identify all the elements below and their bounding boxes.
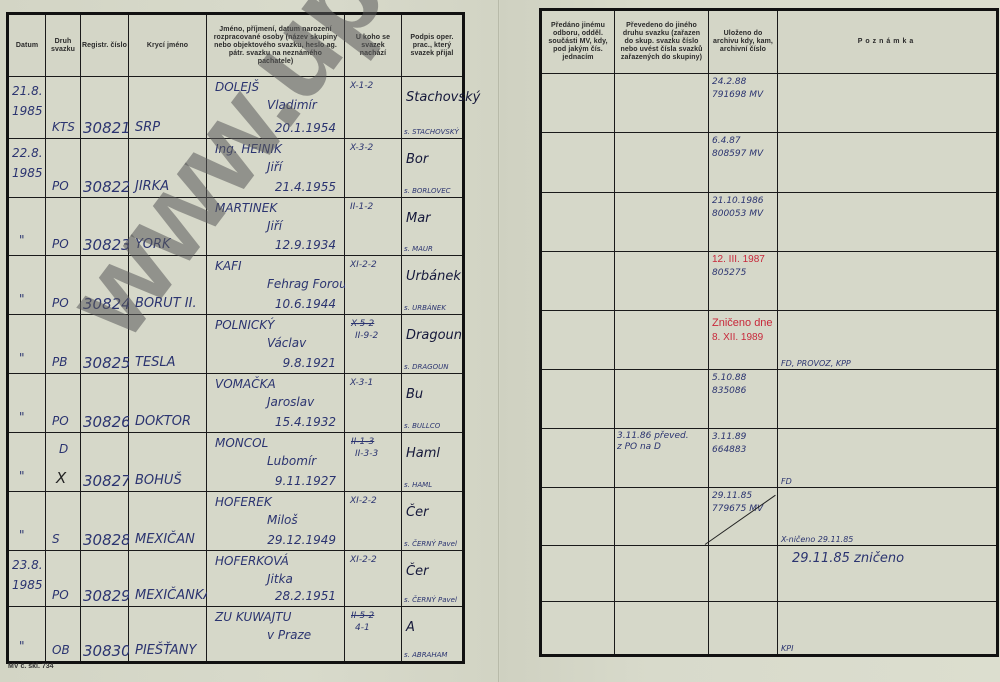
- register-row: 5.10.88 835086: [541, 370, 998, 429]
- druh-value: OB: [52, 644, 70, 657]
- cell-poznamka: X-ničeno 29.11.85: [778, 488, 998, 546]
- registr-value: 30825: [83, 357, 131, 370]
- signature: Haml: [406, 447, 440, 460]
- cell-u-koho: II-5-24-1: [345, 607, 402, 663]
- cell-predano: [541, 252, 615, 311]
- cell-poznamka: FD, PROVOZ, KPP: [778, 311, 998, 370]
- registr-value: 30827: [83, 475, 131, 488]
- cell-druh: PB: [46, 315, 81, 374]
- register-row: 12. III. 1987 805275: [541, 252, 998, 311]
- cell-podpis: Mar s. MAUR: [402, 198, 464, 256]
- narozen-value: 15.4.1932: [275, 416, 336, 429]
- datum-value: ": [19, 470, 25, 483]
- signature-label: s. MAUR: [404, 245, 433, 253]
- cell-ulozeno: [709, 546, 778, 602]
- cell-u-koho: II-1-2: [345, 198, 402, 256]
- destroyed-stamp-date: 8. XII. 1989: [712, 331, 763, 344]
- cell-poznamka: [778, 252, 998, 311]
- registr-value: 30822: [83, 181, 131, 194]
- header-poznamka: Poznámka: [778, 10, 998, 74]
- cell-datum: ": [8, 315, 46, 374]
- cell-prevedeno: [615, 370, 709, 429]
- register-row: " DX 30827 BOHUŠ MONCOL Lubomír 9.11.192…: [8, 433, 464, 492]
- kryci-jmeno-value: SRP: [135, 121, 160, 134]
- prijmeni-value: KAFI: [215, 260, 242, 273]
- prijmeni-value: POLNICKÝ: [215, 319, 274, 332]
- signature: Dragoun: [406, 329, 462, 342]
- narozen-value: 20.1.1954: [275, 122, 336, 135]
- datum-value: ": [19, 529, 25, 542]
- cell-kryci-jmeno: BOHUŠ: [129, 433, 207, 492]
- signature: Mar: [406, 212, 431, 225]
- form-code: MV č. skl. 734: [8, 663, 54, 670]
- cell-druh: OB: [46, 607, 81, 663]
- cell-u-koho: X-5-2II-9-2: [345, 315, 402, 374]
- cell-prevedeno: [615, 546, 709, 602]
- cell-predano: [541, 133, 615, 193]
- register-table-right: Předáno jinému odboru, odděl. součásti M…: [539, 8, 999, 657]
- cell-datum: 21.8. 1985: [8, 77, 46, 139]
- cell-ulozeno: [709, 602, 778, 656]
- prijmeni-value: Ing. HEINIK: [215, 143, 282, 156]
- cell-poznamka: KPI: [778, 602, 998, 656]
- cell-podpis: Dragoun s. DRAGOUN: [402, 315, 464, 374]
- cell-predano: [541, 311, 615, 370]
- cell-kryci-jmeno: PIEŠŤANY: [129, 607, 207, 663]
- cell-prevedeno: [615, 602, 709, 656]
- krestni-value: Miloš: [267, 514, 298, 527]
- archive-date: 3.11.89: [712, 432, 746, 442]
- krestni-value: Fehrag Foroud: [267, 278, 354, 291]
- register-row: " PO 30826 DOKTOR VOMAČKA Jaroslav 15.4.…: [8, 374, 464, 433]
- cell-prevedeno: [615, 74, 709, 133]
- krestni-value: Václav: [267, 337, 306, 350]
- cell-podpis: A s. ABRAHAM: [402, 607, 464, 663]
- cell-poznamka: 29.11.85 zničeno: [778, 546, 998, 602]
- narozen-value: 21.4.1955: [275, 181, 336, 194]
- prevedeno-line2: z PO na D: [617, 442, 661, 452]
- archive-date: 21.10.1986: [712, 196, 764, 206]
- kryci-jmeno-value: TESLA: [135, 356, 176, 369]
- cell-prevedeno: [615, 488, 709, 546]
- kryci-jmeno-value: BORUT II.: [135, 297, 197, 310]
- archive-number: 835086: [712, 386, 746, 396]
- prijmeni-value: ZU KUWAJTU: [215, 611, 291, 624]
- cell-podpis: Bu s. BULLCO: [402, 374, 464, 433]
- cell-predano: [541, 193, 615, 252]
- kryci-jmeno-value: DOKTOR: [135, 415, 191, 428]
- u-koho-value: XI-2-2: [350, 496, 377, 506]
- poznamka-note: KPI: [781, 645, 793, 653]
- signature: Stachovský: [406, 91, 480, 104]
- prijmeni-value: HOFEREK: [215, 496, 272, 509]
- cell-predano: [541, 74, 615, 133]
- u-koho-value: 4-1: [355, 623, 370, 633]
- register-row: " OB 30830 PIEŠŤANY ZU KUWAJTU v Praze I…: [8, 607, 464, 663]
- archive-number: 800053 MV: [712, 209, 763, 219]
- cell-podpis: Bor s. BORLOVEC: [402, 139, 464, 198]
- druh-value: KTS: [52, 121, 75, 134]
- narozen-value: 29.12.1949: [267, 534, 336, 547]
- archive-number: 791698 MV: [712, 90, 763, 100]
- cell-jmeno: DOLEJŠ Vladimír 20.1.1954: [207, 77, 345, 139]
- kryci-jmeno-value: MEXIČANKA: [135, 589, 212, 602]
- cell-druh: PO: [46, 139, 81, 198]
- cell-jmeno: MONCOL Lubomír 9.11.1927: [207, 433, 345, 492]
- cell-registr: 30827: [81, 433, 129, 492]
- cell-predano: [541, 602, 615, 656]
- prijmeni-value: DOLEJŠ: [215, 81, 259, 94]
- header-prevedeno: Převedeno do jiného druhu svazku (zařaze…: [615, 10, 709, 74]
- druh-value: PO: [52, 589, 69, 602]
- krestni-value: Jaroslav: [267, 396, 314, 409]
- cell-jmeno: HOFERKOVÁ Jitka 28.2.1951: [207, 551, 345, 607]
- archive-number: 808597 MV: [712, 149, 763, 159]
- cell-druh: KTS: [46, 77, 81, 139]
- cell-u-koho: II-1-3II-3-3: [345, 433, 402, 492]
- register-row: 21.10.1986 800053 MV: [541, 193, 998, 252]
- cell-predano: [541, 429, 615, 488]
- cell-registr: 30830: [81, 607, 129, 663]
- cell-registr: 30826: [81, 374, 129, 433]
- u-koho-value: X-3-2: [350, 143, 373, 153]
- signature: Bu: [406, 388, 423, 401]
- cell-datum: ": [8, 374, 46, 433]
- header-ulozeno: Uloženo do archivu kdy, kam, archivní čí…: [709, 10, 778, 74]
- u-koho-value: II-3-3: [355, 449, 378, 459]
- archive-date: 24.2.88: [712, 77, 746, 87]
- cell-druh: S: [46, 492, 81, 551]
- header-row: Datum Druh svazku Registr. číslo Krycí j…: [8, 14, 464, 77]
- cell-registr: 30829: [81, 551, 129, 607]
- cell-ulozeno: 12. III. 1987 805275: [709, 252, 778, 311]
- signature: Čer: [406, 506, 428, 519]
- krestni-value: Jiří: [267, 220, 282, 233]
- register-row: 21.8. 1985 KTS 30821 SRP DOLEJŠ Vladimír…: [8, 77, 464, 139]
- cell-prevedeno: [615, 133, 709, 193]
- header-jmeno-prijmeni: Jméno, příjmení, datum narození rozpraco…: [207, 14, 345, 77]
- cell-jmeno: MARTINEK Jiří 12.9.1934: [207, 198, 345, 256]
- cell-registr: 30828: [81, 492, 129, 551]
- datum-value: ": [19, 352, 25, 365]
- registr-value: 30824: [83, 298, 131, 311]
- cell-kryci-jmeno: YORK: [129, 198, 207, 256]
- header-row: Předáno jinému odboru, odděl. součásti M…: [541, 10, 998, 74]
- cell-poznamka: [778, 74, 998, 133]
- krestni-value: Jitka: [267, 573, 293, 586]
- druh-value: S: [52, 533, 60, 546]
- u-koho-old-value: II-5-2: [351, 611, 374, 621]
- datum-value: ": [19, 234, 25, 247]
- archive-date: 6.4.87: [712, 136, 741, 146]
- krestni-value: Lubomír: [267, 455, 316, 468]
- archive-date-stamp: 12. III. 1987: [712, 255, 765, 265]
- header-registr-cislo: Registr. číslo: [81, 14, 129, 77]
- signature-label: s. ČERNÝ Pavel: [404, 596, 457, 604]
- signature-label: s. ABRAHAM: [404, 651, 447, 659]
- poznamka-note: FD, PROVOZ, KPP: [781, 360, 851, 368]
- cell-prevedeno: [615, 252, 709, 311]
- header-datum: Datum: [8, 14, 46, 77]
- destroyed-stamp-label: Zničeno dne: [712, 317, 773, 330]
- datum-value: ": [19, 411, 25, 424]
- registr-value: 30823: [83, 239, 131, 252]
- cell-druh: PO: [46, 374, 81, 433]
- prijmeni-value: MONCOL: [215, 437, 268, 450]
- cell-datum: ": [8, 492, 46, 551]
- narozen-value: 28.2.1951: [275, 590, 336, 603]
- signature-label: s. DRAGOUN: [404, 363, 448, 371]
- register-row: Zničeno dne8. XII. 1989 FD, PROVOZ, KPP: [541, 311, 998, 370]
- cell-ulozeno: 6.4.87 808597 MV: [709, 133, 778, 193]
- register-row: 22.8. 1985 PO 30822 JIRKA Ing. HEINIK Ji…: [8, 139, 464, 198]
- cell-poznamka: [778, 193, 998, 252]
- cell-podpis: Urbánek s. URBÁNEK: [402, 256, 464, 315]
- cell-u-koho: X-3-1: [345, 374, 402, 433]
- u-koho-value: XI-2-2: [350, 260, 377, 270]
- cell-u-koho: XI-2-2: [345, 492, 402, 551]
- cell-kryci-jmeno: JIRKA: [129, 139, 207, 198]
- signature-label: s. ČERNÝ Pavel: [404, 540, 457, 548]
- register-row: KPI: [541, 602, 998, 656]
- cell-druh: PO: [46, 256, 81, 315]
- cell-kryci-jmeno: MEXIČAN: [129, 492, 207, 551]
- narozen-value: 10.6.1944: [275, 298, 336, 311]
- kryci-jmeno-value: MEXIČAN: [135, 533, 195, 546]
- cell-ulozeno: Zničeno dne8. XII. 1989: [709, 311, 778, 370]
- cell-jmeno: HOFEREK Miloš 29.12.1949: [207, 492, 345, 551]
- druh-new-value: D: [59, 443, 68, 456]
- cell-poznamka: FD: [778, 429, 998, 488]
- signature: Čer: [406, 565, 428, 578]
- registr-value: 30821: [83, 122, 131, 135]
- prevedeno-line1: 3.11.86 převed.: [617, 431, 689, 441]
- header-podpis: Podpis oper. prac., který svazek přijal: [402, 14, 464, 77]
- cell-podpis: Stachovský s. STACHOVSKÝ: [402, 77, 464, 139]
- prijmeni-value: HOFERKOVÁ: [215, 555, 289, 568]
- kryci-jmeno-value: PIEŠŤANY: [135, 644, 196, 657]
- cell-druh: PO: [46, 551, 81, 607]
- cell-kryci-jmeno: BORUT II.: [129, 256, 207, 315]
- archive-date: 5.10.88: [712, 373, 746, 383]
- header-u-koho: U koho se svazek nachází: [345, 14, 402, 77]
- archive-date: 29.11.85: [712, 491, 752, 501]
- registr-value: 30828: [83, 534, 131, 547]
- signature-label: s. URBÁNEK: [404, 304, 446, 312]
- cell-ulozeno: 21.10.1986 800053 MV: [709, 193, 778, 252]
- druh-value: PB: [52, 356, 67, 369]
- cell-datum: ": [8, 607, 46, 663]
- cell-u-koho: XI-2-2: [345, 551, 402, 607]
- cell-jmeno: ZU KUWAJTU v Praze: [207, 607, 345, 663]
- signature-label: s. HAML: [404, 481, 432, 489]
- u-koho-value: II-9-2: [355, 331, 378, 341]
- cell-registr: 30821: [81, 77, 129, 139]
- cell-jmeno: VOMAČKA Jaroslav 15.4.1932: [207, 374, 345, 433]
- druh-value: PO: [52, 415, 69, 428]
- cell-u-koho: X-1-2: [345, 77, 402, 139]
- register-row: " PB 30825 TESLA POLNICKÝ Václav 9.8.192…: [8, 315, 464, 374]
- book-spine: [498, 0, 499, 682]
- register-table-left: Datum Druh svazku Registr. číslo Krycí j…: [6, 12, 465, 664]
- u-koho-old-value: X-5-2: [351, 319, 374, 329]
- poznamka-note: FD: [781, 478, 792, 486]
- datum-value: ": [19, 293, 25, 306]
- registr-value: 30829: [83, 590, 131, 603]
- cell-registr: 30822: [81, 139, 129, 198]
- datum-value: 22.8. 1985: [12, 143, 42, 183]
- cell-prevedeno: [615, 193, 709, 252]
- cell-datum: 22.8. 1985: [8, 139, 46, 198]
- cell-datum: ": [8, 433, 46, 492]
- cell-registr: 30823: [81, 198, 129, 256]
- cell-jmeno: KAFI Fehrag Foroud 10.6.1944: [207, 256, 345, 315]
- druh-value: PO: [52, 180, 69, 193]
- registr-value: 30830: [83, 645, 131, 658]
- poznamka-note: X-ničeno 29.11.85: [781, 536, 853, 544]
- cell-prevedeno: [615, 311, 709, 370]
- cell-ulozeno: 5.10.88 835086: [709, 370, 778, 429]
- header-druh-svazku: Druh svazku: [46, 14, 81, 77]
- signature: A: [406, 621, 415, 634]
- druh-value: PO: [52, 297, 69, 310]
- cell-u-koho: X-3-2: [345, 139, 402, 198]
- kryci-jmeno-value: YORK: [135, 238, 171, 251]
- signature: Urbánek: [406, 270, 461, 283]
- cell-prevedeno: 3.11.86 převed.z PO na D: [615, 429, 709, 488]
- archive-number: 664883: [712, 445, 746, 455]
- register-row: " PO 30823 YORK MARTINEK Jiří 12.9.1934 …: [8, 198, 464, 256]
- cell-druh: PO: [46, 198, 81, 256]
- cell-kryci-jmeno: DOKTOR: [129, 374, 207, 433]
- cell-ulozeno: 24.2.88 791698 MV: [709, 74, 778, 133]
- cell-kryci-jmeno: SRP: [129, 77, 207, 139]
- signature-label: s. BORLOVEC: [404, 187, 451, 195]
- cell-kryci-jmeno: TESLA: [129, 315, 207, 374]
- poznamka-value: 29.11.85 zničeno: [792, 552, 904, 565]
- prijmeni-value: MARTINEK: [215, 202, 277, 215]
- cell-registr: 30824: [81, 256, 129, 315]
- krestni-value: Vladimír: [267, 99, 317, 112]
- cell-podpis: Čer s. ČERNÝ Pavel: [402, 551, 464, 607]
- kryci-jmeno-value: BOHUŠ: [135, 474, 182, 487]
- cell-predano: [541, 370, 615, 429]
- u-koho-value: II-1-2: [350, 202, 373, 212]
- u-koho-value: X-1-2: [350, 81, 373, 91]
- register-row: 29.11.85 zničeno: [541, 546, 998, 602]
- narozen-value: 9.8.1921: [283, 357, 336, 370]
- krestni-value: v Praze: [267, 629, 311, 642]
- u-koho-old-value: II-1-3: [351, 437, 374, 447]
- cell-datum: ": [8, 256, 46, 315]
- header-predano: Předáno jinému odboru, odděl. součásti M…: [541, 10, 615, 74]
- register-row: 29.11.85 779675 MV X-ničeno 29.11.85: [541, 488, 998, 546]
- signature-label: s. BULLCO: [404, 422, 440, 430]
- cell-kryci-jmeno: MEXIČANKA: [129, 551, 207, 607]
- u-koho-value: X-3-1: [350, 378, 373, 388]
- header-kryci-jmeno: Krycí jméno: [129, 14, 207, 77]
- datum-value: 23.8. 1985: [12, 555, 42, 595]
- cell-u-koho: XI-2-2: [345, 256, 402, 315]
- register-row: 6.4.87 808597 MV: [541, 133, 998, 193]
- datum-value: ": [19, 640, 25, 653]
- register-row: " PO 30824 BORUT II. KAFI Fehrag Foroud …: [8, 256, 464, 315]
- cell-ulozeno: 3.11.89 664883: [709, 429, 778, 488]
- cell-podpis: Čer s. ČERNÝ Pavel: [402, 492, 464, 551]
- archive-number: 805275: [712, 268, 746, 278]
- datum-value: 21.8. 1985: [12, 81, 42, 121]
- signature: Bor: [406, 153, 428, 166]
- register-row: 23.8. 1985 PO 30829 MEXIČANKA HOFERKOVÁ …: [8, 551, 464, 607]
- cell-poznamka: [778, 370, 998, 429]
- cell-podpis: Haml s. HAML: [402, 433, 464, 492]
- druh-crossed-value: X: [56, 472, 66, 485]
- prijmeni-value: VOMAČKA: [215, 378, 276, 391]
- cell-druh: DX: [46, 433, 81, 492]
- cell-jmeno: Ing. HEINIK Jiří 21.4.1955: [207, 139, 345, 198]
- register-row: 24.2.88 791698 MV: [541, 74, 998, 133]
- cell-jmeno: POLNICKÝ Václav 9.8.1921: [207, 315, 345, 374]
- cell-poznamka: [778, 133, 998, 193]
- druh-value: PO: [52, 238, 69, 251]
- cell-datum: 23.8. 1985: [8, 551, 46, 607]
- narozen-value: 12.9.1934: [275, 239, 336, 252]
- cell-predano: [541, 546, 615, 602]
- register-row: " S 30828 MEXIČAN HOFEREK Miloš 29.12.19…: [8, 492, 464, 551]
- register-row: 3.11.86 převed.z PO na D 3.11.89 664883 …: [541, 429, 998, 488]
- cell-datum: ": [8, 198, 46, 256]
- cell-registr: 30825: [81, 315, 129, 374]
- u-koho-value: XI-2-2: [350, 555, 377, 565]
- registr-value: 30826: [83, 416, 131, 429]
- krestni-value: Jiří: [267, 161, 282, 174]
- signature-label: s. STACHOVSKÝ: [404, 128, 459, 136]
- kryci-jmeno-value: JIRKA: [135, 180, 169, 193]
- narozen-value: 9.11.1927: [275, 475, 336, 488]
- cell-predano: [541, 488, 615, 546]
